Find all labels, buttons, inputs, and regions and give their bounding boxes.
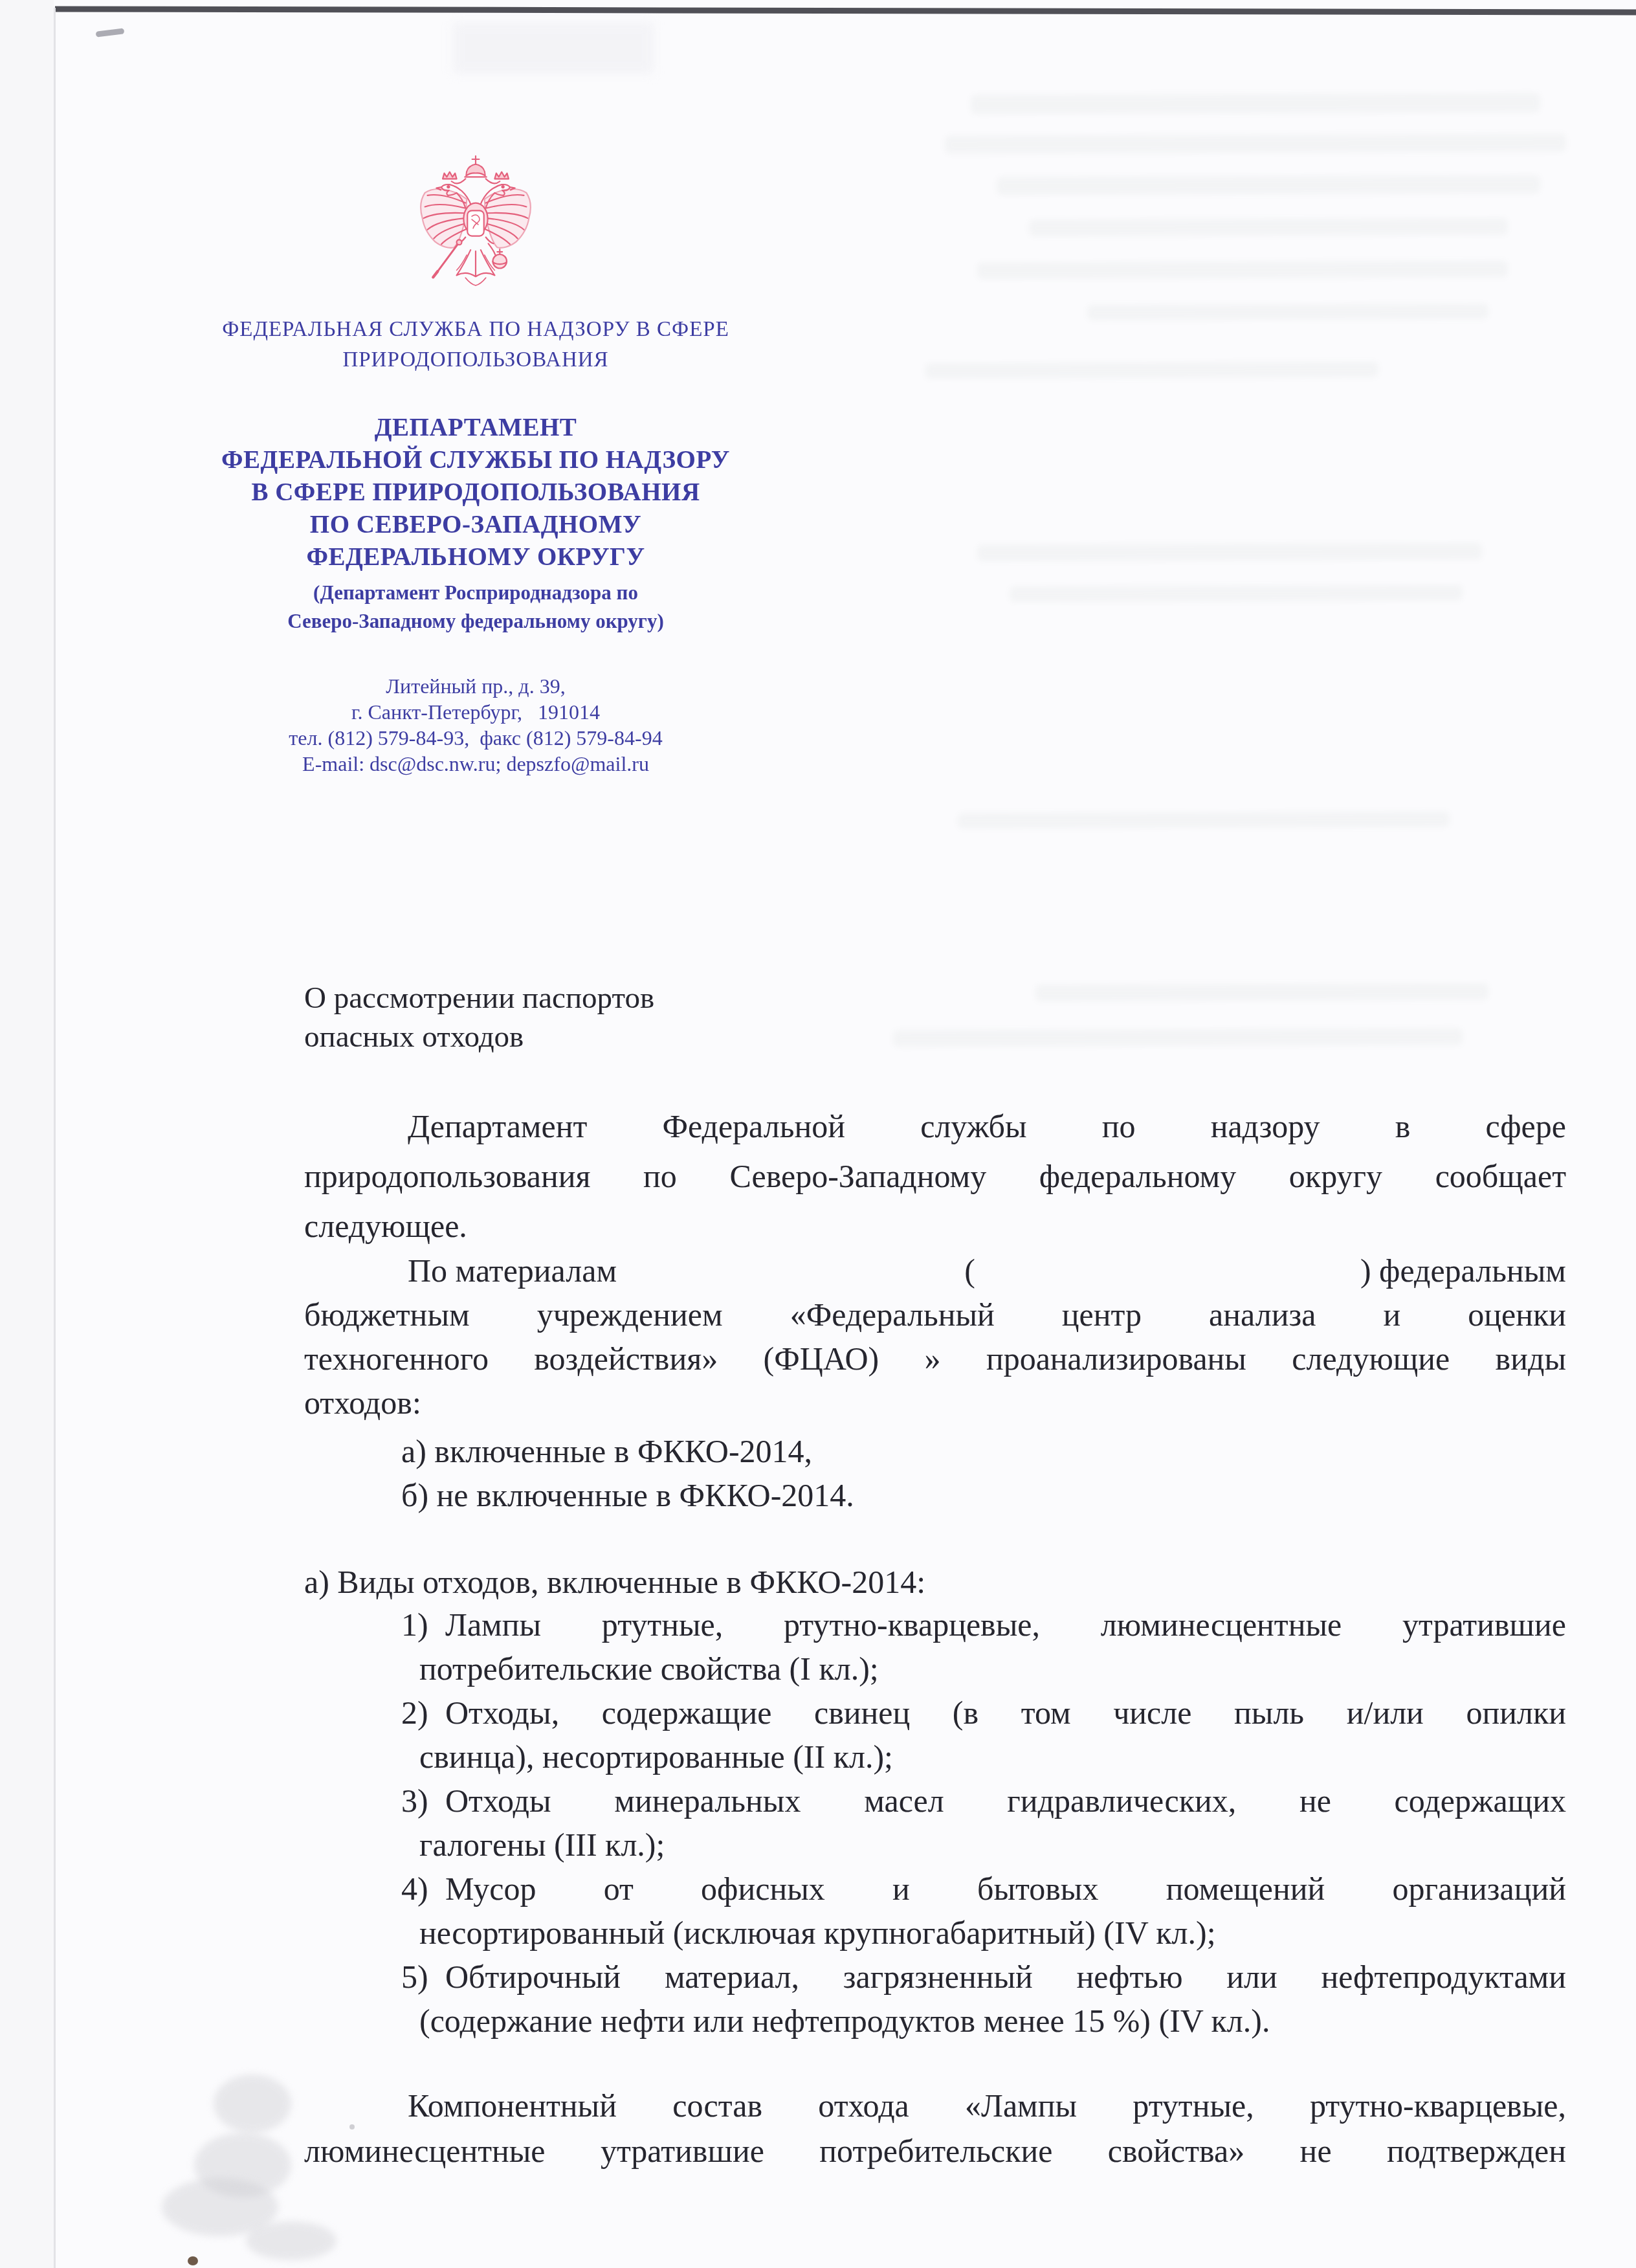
body-line: отходов: (304, 1381, 1566, 1425)
bleed-through-artifact (977, 543, 1482, 562)
body-line: Компонентный состав отхода «Лампы ртутны… (304, 2083, 1566, 2128)
address-street: Литейный пр., д. 39, (214, 673, 738, 699)
scanned-letter-page: ФЕДЕРАЛЬНАЯ СЛУЖБА ПО НАДЗОРУ В СФЕРЕ ПР… (0, 0, 1636, 2268)
bleed-through-artifact (1035, 983, 1488, 1001)
department-short-name-line: Северо-Западному федеральному округу) (214, 607, 738, 636)
org-name-caps: ФЕДЕРАЛЬНАЯ СЛУЖБА ПО НАДЗОРУ В СФЕРЕ ПР… (214, 315, 738, 375)
list-item-number: 2) (401, 1691, 428, 1735)
scan-ink-dot (188, 2256, 198, 2265)
department-name-line: ДЕПАРТАМЕНТ (214, 412, 738, 444)
body-line: бюджетным учреждением «Федеральный центр… (304, 1293, 1566, 1337)
list-item-line: Отходы, содержащие свинец (в том числе п… (304, 1691, 1566, 1735)
body-line: Департамент Федеральной службы по надзор… (304, 1102, 1566, 1151)
body-text-fragment: По материалам (408, 1249, 617, 1293)
list-item-line: Мусор от офисных и бытовых помещений орг… (304, 1867, 1566, 1911)
bleed-through-artifact (977, 261, 1508, 280)
subject-block: О рассмотрении паспортов опасных отходов (304, 979, 654, 1056)
list-item-number: 3) (401, 1779, 428, 1823)
bleed-through-artifact (997, 175, 1540, 195)
list-item-number: 1) (401, 1603, 428, 1647)
list-item: 4) Мусор от офисных и бытовых помещений … (304, 1867, 1566, 1955)
address-email: E-mail: dsc@dsc.nw.ru; depszfo@mail.ru (214, 751, 738, 777)
list-item: 3) Отходы минеральных масел гидравлическ… (304, 1779, 1566, 1867)
body-line: техногенного воздействия» (ФЦАО) » проан… (304, 1337, 1566, 1381)
scan-smudge (214, 2074, 291, 2133)
russia-coat-of-arms-icon (412, 153, 539, 290)
scan-corner-mark (96, 28, 125, 37)
waste-list: 1) Лампы ртутные, ртутно-кварцевые, люми… (304, 1603, 1566, 2043)
bleed-through-artifact (958, 812, 1450, 829)
body-line: люминесцентные утратившие потребительски… (304, 2128, 1566, 2173)
open-paren: ( (964, 1249, 975, 1293)
department-name-line: ФЕДЕРАЛЬНОЙ СЛУЖБЫ ПО НАДЗОРУ (214, 444, 738, 476)
subject-line: опасных отходов (304, 1017, 654, 1056)
bleed-through-artifact (1029, 218, 1508, 237)
scan-shade-artifact (453, 22, 654, 74)
scan-top-edge-line (55, 6, 1636, 15)
org-name-line: ФЕДЕРАЛЬНАЯ СЛУЖБА ПО НАДЗОРУ В СФЕРЕ (214, 315, 738, 345)
list-item-number: 5) (401, 1955, 428, 1999)
department-name-line: В СФЕРЕ ПРИРОДОПОЛЬЗОВАНИЯ (214, 476, 738, 509)
sublist-item-a: а) включенные в ФККО-2014, (401, 1429, 1566, 1473)
list-item: 5) Обтирочный материал, загрязненный неф… (304, 1955, 1566, 2043)
body-line: природопользования по Северо-Западному ф… (304, 1151, 1566, 1201)
department-short-name-line: (Департамент Росприроднадзора по (214, 579, 738, 607)
bleed-through-artifact (1010, 585, 1463, 602)
scan-left-margin (0, 0, 54, 2268)
paragraph-materials: По материалам() федеральным бюджетным уч… (304, 1249, 1566, 1425)
list-item: 2) Отходы, содержащие свинец (в том числ… (304, 1691, 1566, 1779)
scan-left-edge-line (54, 8, 56, 2268)
list-item-line: Обтирочный материал, загрязненный нефтью… (304, 1955, 1566, 1999)
ab-sublist: а) включенные в ФККО-2014, б) не включен… (304, 1429, 1566, 1517)
bleed-through-artifact (1087, 304, 1488, 320)
body-text-fragment: ) федеральным (1360, 1249, 1566, 1293)
scan-smudge (246, 2221, 337, 2260)
list-item-line: галогены (III кл.); (304, 1823, 1566, 1867)
paragraph-intro: Департамент Федеральной службы по надзор… (304, 1102, 1566, 1251)
address-phone-fax: тел. (812) 579-84-93, факс (812) 579-84-… (214, 725, 738, 751)
body-line: следующее. (304, 1201, 1566, 1251)
address-city: г. Санкт-Петербург, 191014 (214, 699, 738, 725)
list-item-line: несортированный (исключая крупногабаритн… (304, 1911, 1566, 1955)
bleed-through-artifact (925, 362, 1378, 379)
org-name-line: ПРИРОДОПОЛЬЗОВАНИЯ (214, 345, 738, 375)
bleed-through-artifact (971, 93, 1540, 114)
bleed-through-artifact (893, 1028, 1463, 1047)
list-item-line: Отходы минеральных масел гидравлических,… (304, 1779, 1566, 1823)
waste-list-heading: а) Виды отходов, включенные в ФККО-2014: (304, 1560, 1566, 1604)
subject-line: О рассмотрении паспортов (304, 979, 654, 1017)
department-short-name: (Департамент Росприроднадзора по Северо-… (214, 579, 738, 636)
list-item-line: потребительские свойства (I кл.); (304, 1647, 1566, 1691)
address-block: Литейный пр., д. 39, г. Санкт-Петербург,… (214, 673, 738, 777)
paragraph-closing: Компонентный состав отхода «Лампы ртутны… (304, 2083, 1566, 2173)
department-name-line: ПО СЕВЕРО-ЗАПАДНОМУ (214, 509, 738, 541)
sublist-item-b: б) не включенные в ФККО-2014. (401, 1473, 1566, 1517)
body-line-with-blanks: По материалам() федеральным (304, 1249, 1566, 1293)
department-name-line: ФЕДЕРАЛЬНОМУ ОКРУГУ (214, 541, 738, 573)
letterhead: ФЕДЕРАЛЬНАЯ СЛУЖБА ПО НАДЗОРУ В СФЕРЕ ПР… (214, 153, 738, 777)
list-item-line: Лампы ртутные, ртутно-кварцевые, люминес… (304, 1603, 1566, 1647)
department-name: ДЕПАРТАМЕНТ ФЕДЕРАЛЬНОЙ СЛУЖБЫ ПО НАДЗОР… (214, 412, 738, 573)
list-item: 1) Лампы ртутные, ртутно-кварцевые, люми… (304, 1603, 1566, 1691)
list-item-line: (содержание нефти или нефтепродуктов мен… (304, 1999, 1566, 2043)
list-item-number: 4) (401, 1867, 428, 1911)
list-item-line: свинца), несортированные (II кл.); (304, 1735, 1566, 1779)
bleed-through-artifact (945, 133, 1566, 153)
